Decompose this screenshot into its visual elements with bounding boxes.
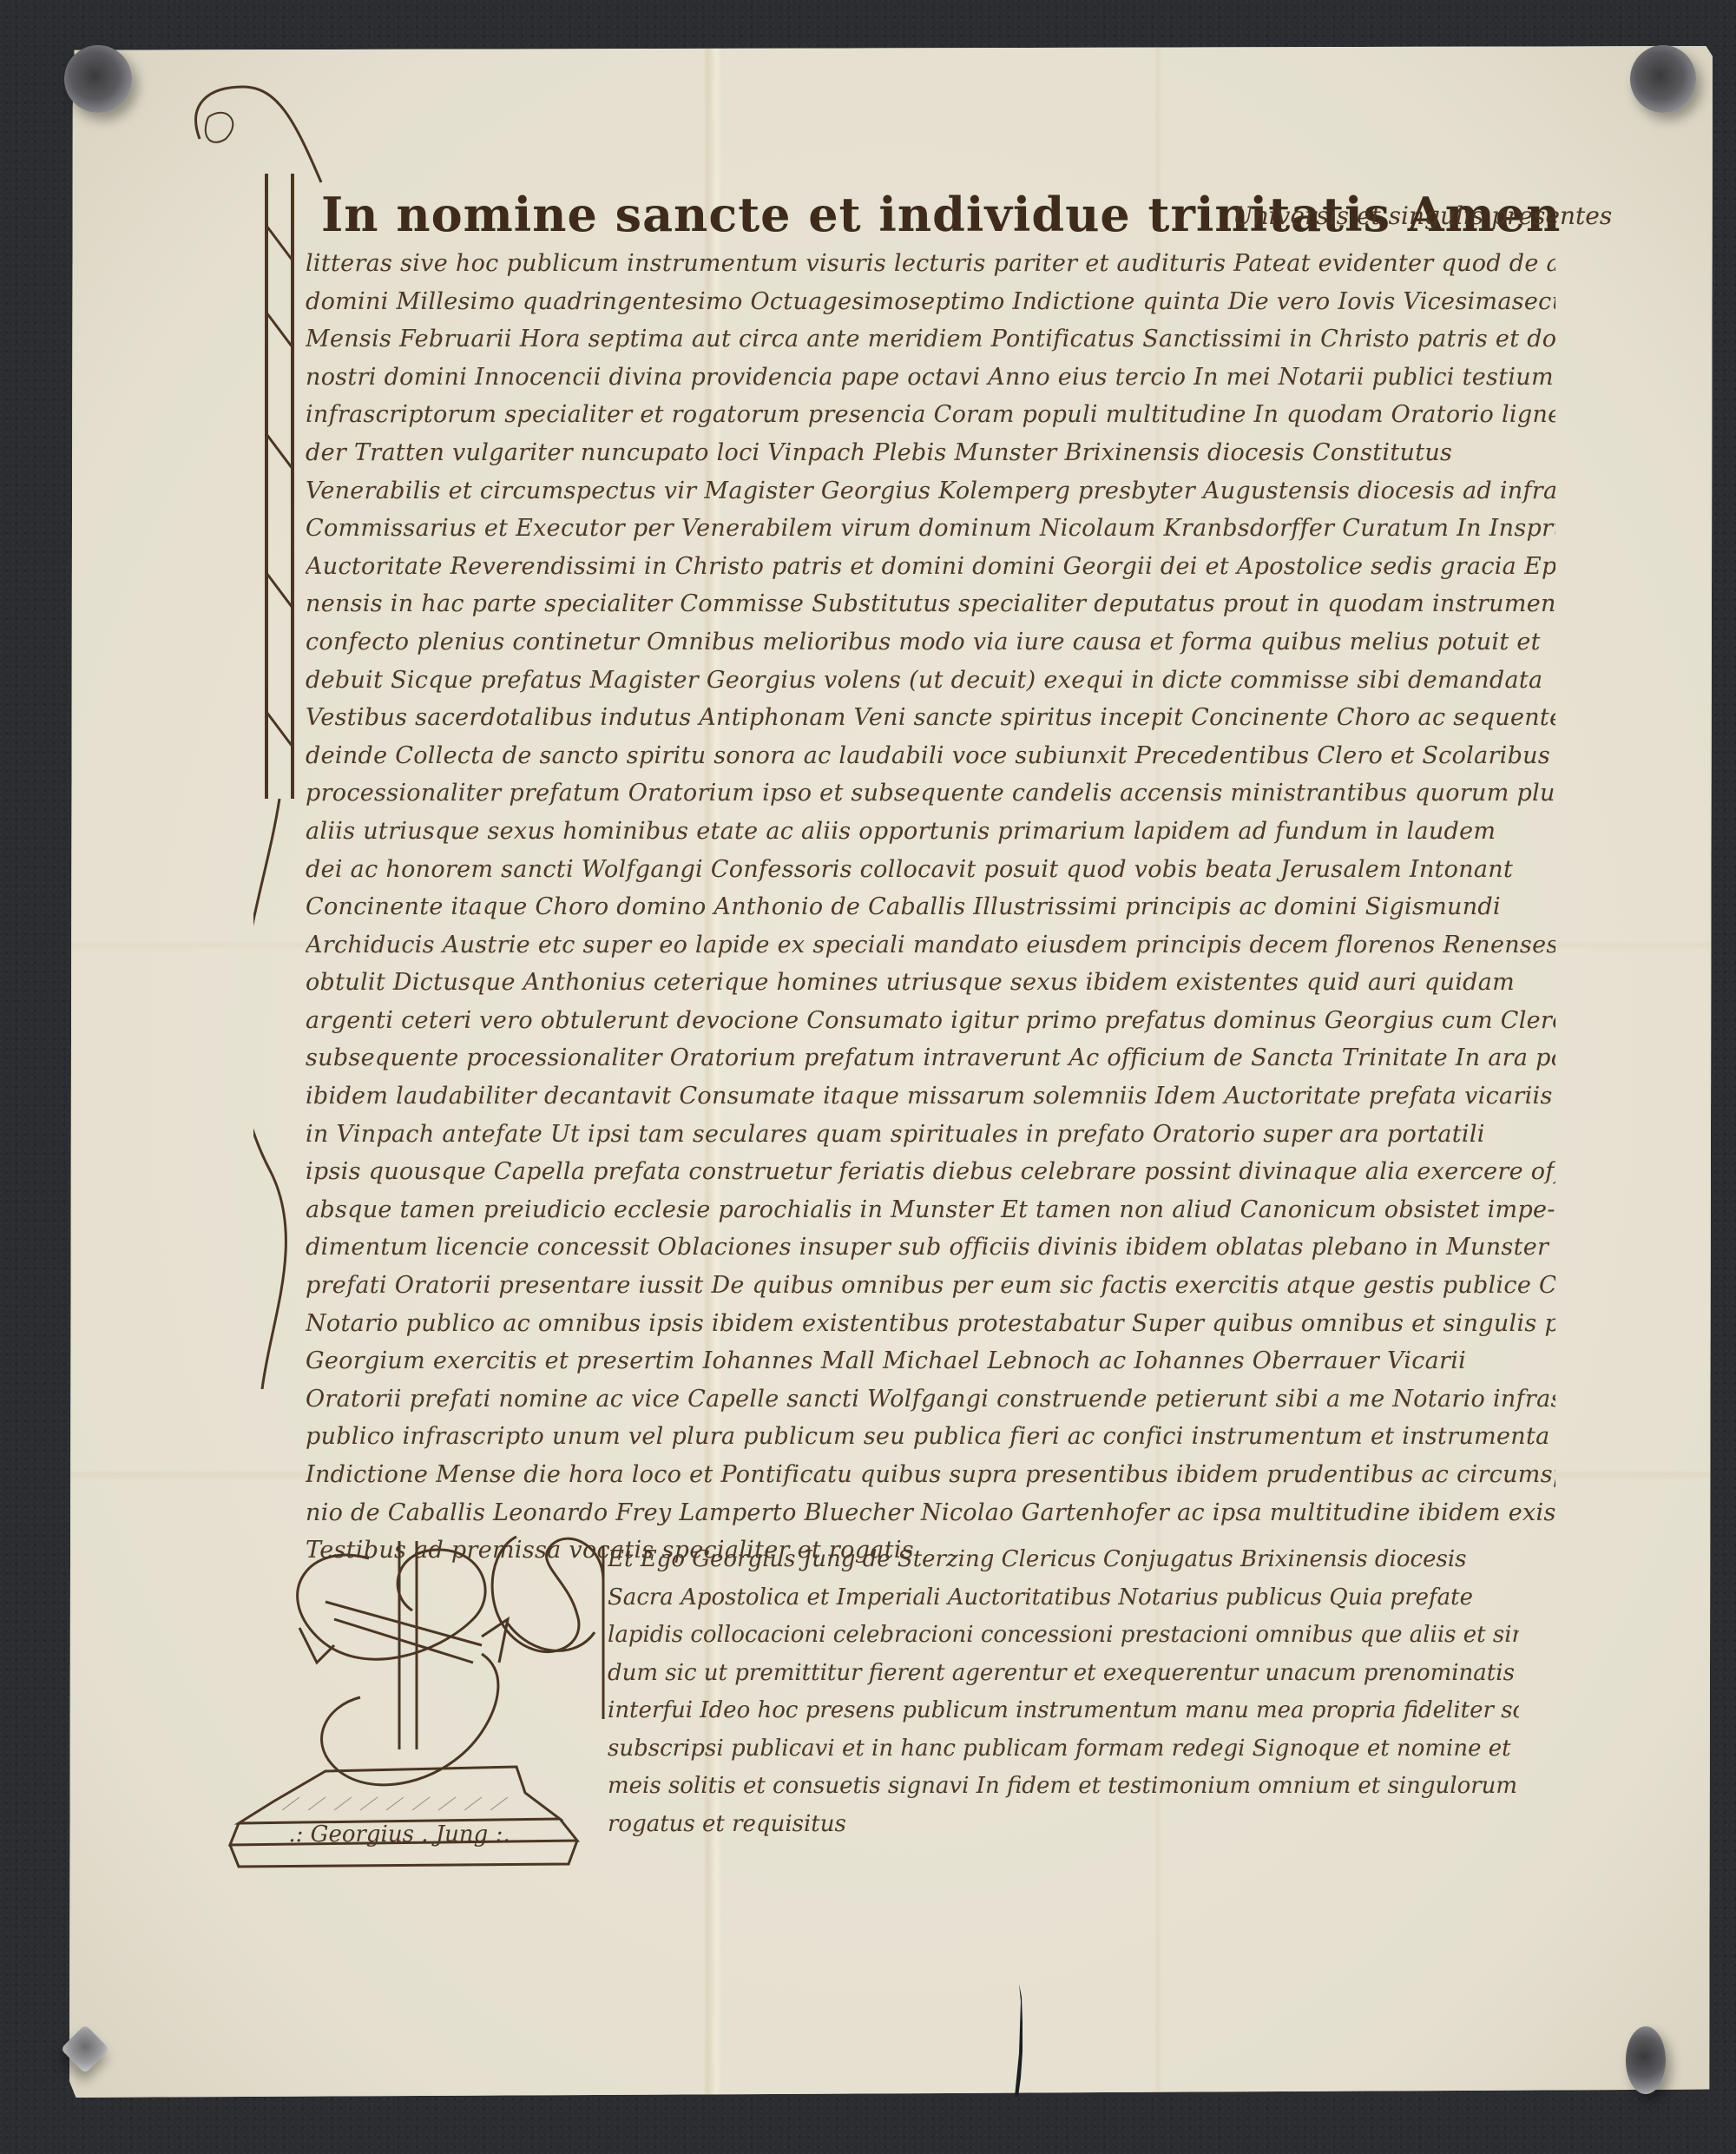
body-line: Concinente itaque Choro domino Anthonio … [306, 888, 1555, 926]
document-body: litteras sive hoc publicum instrumentum … [306, 245, 1555, 1570]
body-line: infrascriptorum specialiter et rogatorum… [306, 396, 1555, 434]
subscription-line: dum sic ut premittitur fierent agerentur… [608, 1655, 1519, 1693]
subscription-line: subscripsi publicavi et in hanc publicam… [608, 1730, 1519, 1769]
magnet-top-left [64, 45, 132, 113]
body-line: domini Millesimo quadringentesimo Octuag… [306, 283, 1555, 321]
subscription-line: rogatus et requisitus [608, 1806, 1519, 1844]
decorative-flourish-icon [174, 69, 330, 191]
body-line: der Tratten vulgariter nuncupato loci Vi… [306, 434, 1555, 472]
body-line: Venerabilis et circumspectus vir Magiste… [306, 472, 1555, 511]
body-line: nostri domini Innocencii divina providen… [306, 359, 1555, 397]
subscription-line: meis solitis et consuetis signavi In fid… [608, 1768, 1519, 1806]
body-line: litteras sive hoc publicum instrumentum … [306, 245, 1555, 283]
magnet-bottom-right [1626, 2026, 1666, 2094]
body-line: confecto plenius continetur Omnibus meli… [306, 623, 1555, 662]
body-line: in Vinpach antefate Ut ipsi tam seculare… [306, 1116, 1555, 1154]
body-line: Archiducis Austrie etc super eo lapide e… [306, 926, 1555, 965]
body-line: Vestibus sacerdotalibus indutus Antiphon… [306, 699, 1555, 737]
body-line: Oratorii prefati nomine ac vice Capelle … [306, 1380, 1555, 1419]
magnet-top-right [1630, 45, 1696, 113]
body-line: dei ac honorem sancti Wolfgangi Confesso… [306, 851, 1555, 889]
body-line: Mensis Februarii Hora septima aut circa … [306, 320, 1555, 359]
body-line: subsequente processionaliter Oratorium p… [306, 1039, 1555, 1077]
body-line: publico infrascripto unum vel plura publ… [306, 1418, 1555, 1456]
body-line: argenti ceteri vero obtulerunt devocione… [306, 1002, 1555, 1040]
body-line: aliis utriusque sexus hominibus etate ac… [306, 813, 1555, 851]
subscription-initial-icon [482, 1528, 621, 1728]
body-line: dimentum licencie concessit Oblaciones i… [306, 1229, 1555, 1267]
body-line: absque tamen preiudicio ecclesie parochi… [306, 1191, 1555, 1229]
body-line: Commissarius et Executor per Venerabilem… [306, 510, 1555, 548]
decorated-initial-icon [253, 174, 306, 1389]
subscription-line: interfui Ideo hoc presens publicum instr… [608, 1692, 1519, 1730]
body-line: deinde Collecta de sancto spiritu sonora… [306, 737, 1555, 775]
invocation-continuation: Universis et singulis presentes [1233, 201, 1612, 230]
subscription-line: Et Ego Georgius Jung de Sterzing Clericu… [608, 1541, 1519, 1579]
body-line: Notario publico ac omnibus ipsis ibidem … [306, 1305, 1555, 1343]
body-line: ipsis quousque Capella prefata construet… [306, 1153, 1555, 1191]
body-line: Auctoritate Reverendissimi in Christo pa… [306, 548, 1555, 586]
body-line: debuit Sicque prefatus Magister Georgius… [306, 662, 1555, 700]
subscription-line: Sacra Apostolica et Imperiali Auctoritat… [608, 1579, 1519, 1617]
body-line: Indictione Mense die hora loco et Pontif… [306, 1456, 1555, 1494]
body-line: obtulit Dictusque Anthonius ceterique ho… [306, 964, 1555, 1002]
body-line: nensis in hac parte specialiter Commisse… [306, 585, 1555, 623]
subscription-line: lapidis collocacioni celebracioni conces… [608, 1617, 1519, 1655]
body-line: prefati Oratorii presentare iussit De qu… [306, 1267, 1555, 1305]
notarial-subscription: Et Ego Georgius Jung de Sterzing Clericu… [608, 1541, 1519, 1843]
body-line: ibidem laudabiliter decantavit Consumate… [306, 1077, 1555, 1116]
body-line: Georgium exercitis et presertim Iohannes… [306, 1342, 1555, 1380]
notary-name-label: .: Georgius . Jung :. [260, 1821, 538, 1848]
parchment-tear [1014, 1984, 1024, 2097]
body-line: processionaliter prefatum Oratorium ipso… [306, 774, 1555, 813]
